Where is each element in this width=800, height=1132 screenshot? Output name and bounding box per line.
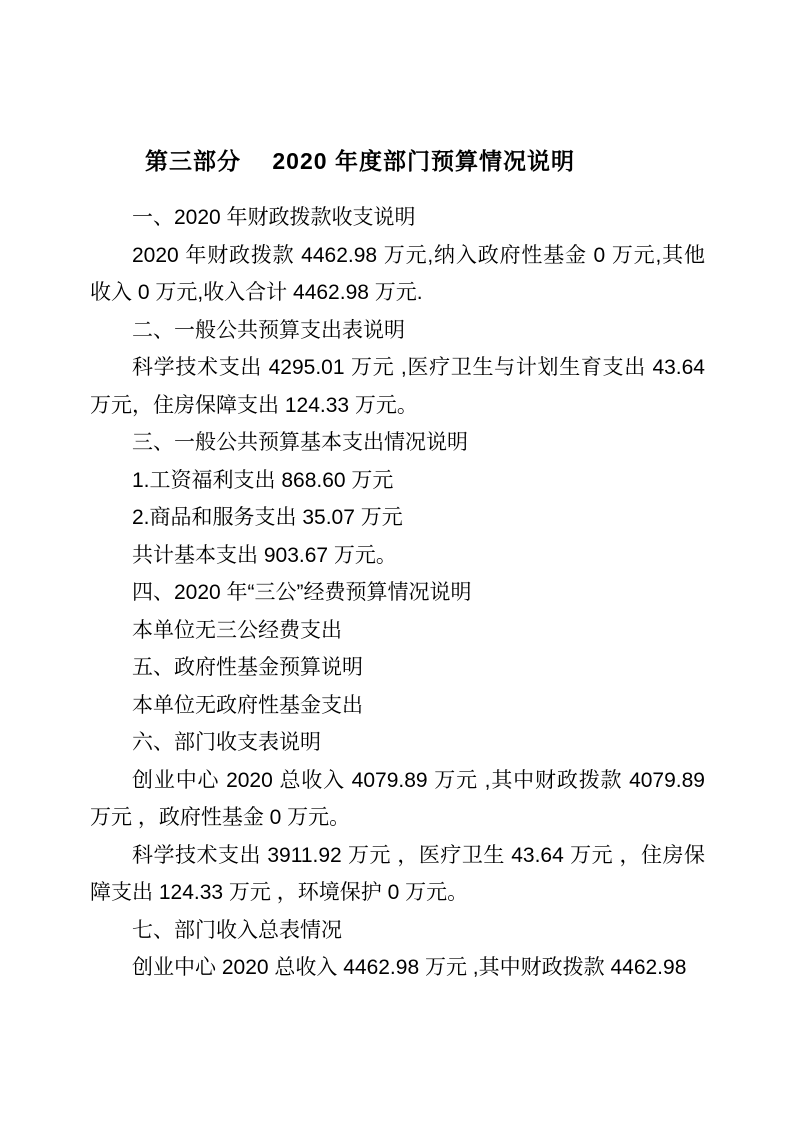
paragraph: 1.工资福利支出 868.60 万元	[90, 462, 705, 500]
paragraph: 创业中心 2020 总收入 4462.98 万元 ,其中财政拨款 4462.98	[90, 949, 705, 987]
paragraph: 科学技术支出 4295.01 万元 ,医疗卫生与计划生育支出 43.64 万元，…	[90, 349, 705, 424]
paragraph: 科学技术支出 3911.92 万元 ，医疗卫生 43.64 万元 ，住房保障支出…	[90, 837, 705, 912]
document-content: 第三部分 2020 年度部门预算情况说明 一、2020 年财政拨款收支说明 20…	[0, 0, 800, 987]
section-heading: 六、部门收支表说明	[90, 724, 705, 762]
section-heading: 一、2020 年财政拨款收支说明	[90, 199, 705, 237]
document-title: 第三部分 2020 年度部门预算情况说明	[90, 144, 705, 178]
paragraph: 共计基本支出 903.67 万元。	[90, 537, 705, 575]
paragraph: 2020 年财政拨款 4462.98 万元,纳入政府性基金 0 万元,其他收入 …	[90, 237, 705, 312]
paragraph: 2.商品和服务支出 35.07 万元	[90, 499, 705, 537]
section-heading: 七、部门收入总表情况	[90, 912, 705, 950]
section-heading: 五、政府性基金预算说明	[90, 649, 705, 687]
paragraph: 创业中心 2020 总收入 4079.89 万元 ,其中财政拨款 4079.89…	[90, 762, 705, 837]
section-heading: 三、一般公共预算基本支出情况说明	[90, 424, 705, 462]
section-heading: 二、一般公共预算支出表说明	[90, 312, 705, 350]
document-page: 第三部分 2020 年度部门预算情况说明 一、2020 年财政拨款收支说明 20…	[0, 0, 800, 1132]
document-body: 一、2020 年财政拨款收支说明 2020 年财政拨款 4462.98 万元,纳…	[90, 199, 705, 987]
paragraph: 本单位无政府性基金支出	[90, 687, 705, 725]
paragraph: 本单位无三公经费支出	[90, 612, 705, 650]
section-heading: 四、2020 年“三公”经费预算情况说明	[90, 574, 705, 612]
